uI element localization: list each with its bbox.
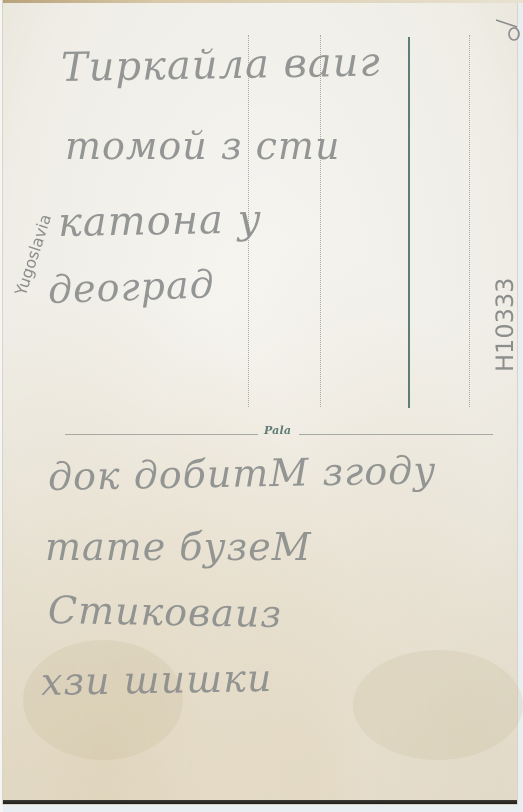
postcard-back: Pala Тиркайла ваиг томой з сти катона у … <box>3 0 517 804</box>
horizontal-rule-left <box>65 434 258 435</box>
handwritten-line-1: Тиркайла ваиг <box>61 39 381 91</box>
handwritten-line-4: деоград <box>47 262 215 312</box>
handwritten-line-2: томой з сти <box>65 124 340 168</box>
catalog-number: H10333 <box>491 278 519 372</box>
dotted-line-2 <box>320 35 321 407</box>
corner-mark-icon <box>493 16 523 46</box>
horizontal-rule-right <box>299 434 493 435</box>
bottom-edge-shadow <box>3 800 517 804</box>
handwritten-line-7: Стиковаиз <box>48 588 283 636</box>
center-divider-line <box>408 37 410 408</box>
dotted-line-3 <box>469 35 470 407</box>
handwritten-line-6: тате бузеМ <box>45 525 312 569</box>
publisher-logo: Pala <box>264 424 291 437</box>
stain <box>353 650 523 760</box>
handwritten-line-8: хзи шишки <box>41 656 273 704</box>
handwritten-line-3: катона у <box>58 196 263 246</box>
handwritten-line-5: док добитМ згоду <box>48 448 437 499</box>
top-edge <box>3 0 523 3</box>
